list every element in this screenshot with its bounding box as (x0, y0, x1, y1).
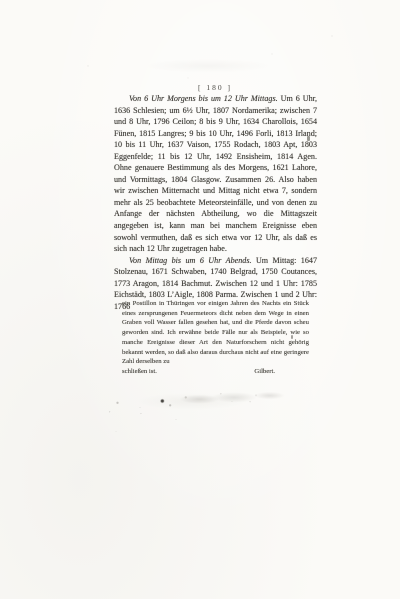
paragraph-morning-heading: Von 6 Uhr Morgens bis um 12 Uhr Mittags. (129, 94, 278, 103)
scan-smudge (98, 383, 293, 419)
page-number-header: [ 180 ] (114, 83, 316, 92)
main-text-block: Von 6 Uhr Morgens bis um 12 Uhr Mittags.… (114, 93, 317, 312)
footnote-signature: Gilbert. (254, 367, 275, 377)
footnote-closing: schließen ist. (122, 367, 157, 377)
footnote-last-line: schließen ist. Gilbert. (122, 367, 309, 377)
paragraph-morning-text: Um 6 Uhr, 1636 Schlesien; um 6½ Uhr, 180… (114, 94, 317, 253)
footnote-block: ein Postillon in Thüringen vor einigen J… (122, 299, 309, 377)
paragraph-morning: Von 6 Uhr Morgens bis um 12 Uhr Mittags.… (114, 93, 317, 255)
paragraph-afternoon-heading: Von Mittag bis um 6 Uhr Abends. (129, 256, 252, 265)
book-scan-page: [ 180 ] Von 6 Uhr Morgens bis um 12 Uhr … (0, 0, 400, 599)
footnote-text: ein Postillon in Thüringen vor einigen J… (122, 299, 309, 367)
